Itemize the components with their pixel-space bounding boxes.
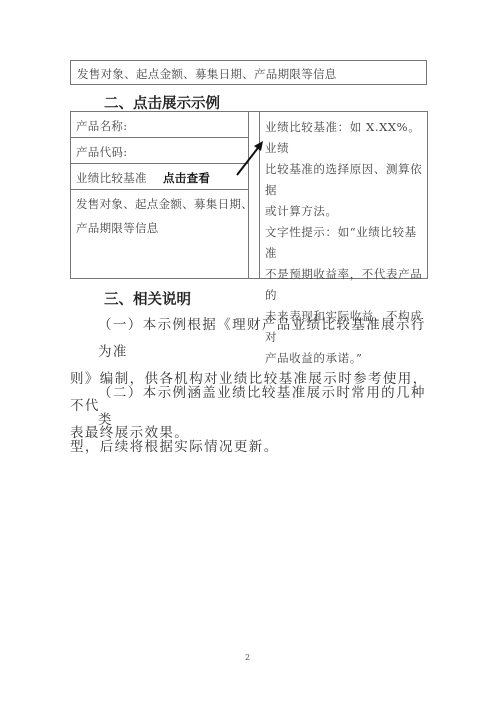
explanation-line: 或计算方法。	[265, 201, 425, 222]
product-info-cell: 发售对象、起点金额、募集日期、 产品期限等信息	[71, 190, 248, 278]
product-info-line1: 发售对象、起点金额、募集日期、	[76, 196, 253, 212]
explanation-line: 业绩比较基准：如 X.XX%。业绩	[265, 117, 425, 159]
benchmark-popup-cell: 业绩比较基准：如 X.XX%。业绩 比较基准的选择原因、测算依据 或计算方法。 …	[260, 112, 427, 278]
example-table: 产品名称: 产品代码: 业绩比较基准 点击查看 发售对象、起点金额、募集日期、 …	[70, 111, 428, 279]
click-view-link[interactable]: 点击查看	[163, 170, 210, 186]
paragraph-line: 型，后续将根据实际情况更新。	[70, 434, 430, 461]
section-heading-click-example: 二、点击展示示例	[104, 92, 220, 113]
table-left-column: 产品名称: 产品代码: 业绩比较基准 点击查看 发售对象、起点金额、募集日期、 …	[71, 112, 249, 278]
info-box-text: 发售对象、起点金额、募集日期、产品期限等信息	[77, 66, 337, 82]
product-code-label: 产品代码:	[76, 144, 127, 160]
paragraph-line: （二）本示例涵盖业绩比较基准展示时常用的几种类	[70, 380, 430, 434]
benchmark-label: 业绩比较基准	[76, 170, 147, 186]
note-paragraph-2: （二）本示例涵盖业绩比较基准展示时常用的几种类 型，后续将根据实际情况更新。	[70, 380, 430, 461]
explanation-line: 不是预期收益率，不代表产品的	[265, 264, 425, 306]
product-info-line2: 产品期限等信息	[76, 220, 159, 236]
info-box: 发售对象、起点金额、募集日期、产品期限等信息	[70, 60, 427, 85]
product-code-cell: 产品代码:	[71, 138, 248, 164]
explanation-line: 文字性提示：如“业绩比较基准	[265, 222, 425, 264]
product-name-label: 产品名称:	[76, 118, 127, 134]
table-spacer-column	[249, 112, 260, 278]
explanation-line: 比较基准的选择原因、测算依据	[265, 159, 425, 201]
page-number: 2	[245, 653, 250, 662]
benchmark-cell: 业绩比较基准 点击查看	[71, 164, 248, 190]
section-heading-notes: 三、相关说明	[104, 288, 191, 309]
paragraph-line: （一）本示例根据《理财产品业绩比较基准展示行为准	[70, 312, 430, 366]
product-name-cell: 产品名称:	[71, 112, 248, 138]
arrow-icon	[234, 138, 266, 178]
